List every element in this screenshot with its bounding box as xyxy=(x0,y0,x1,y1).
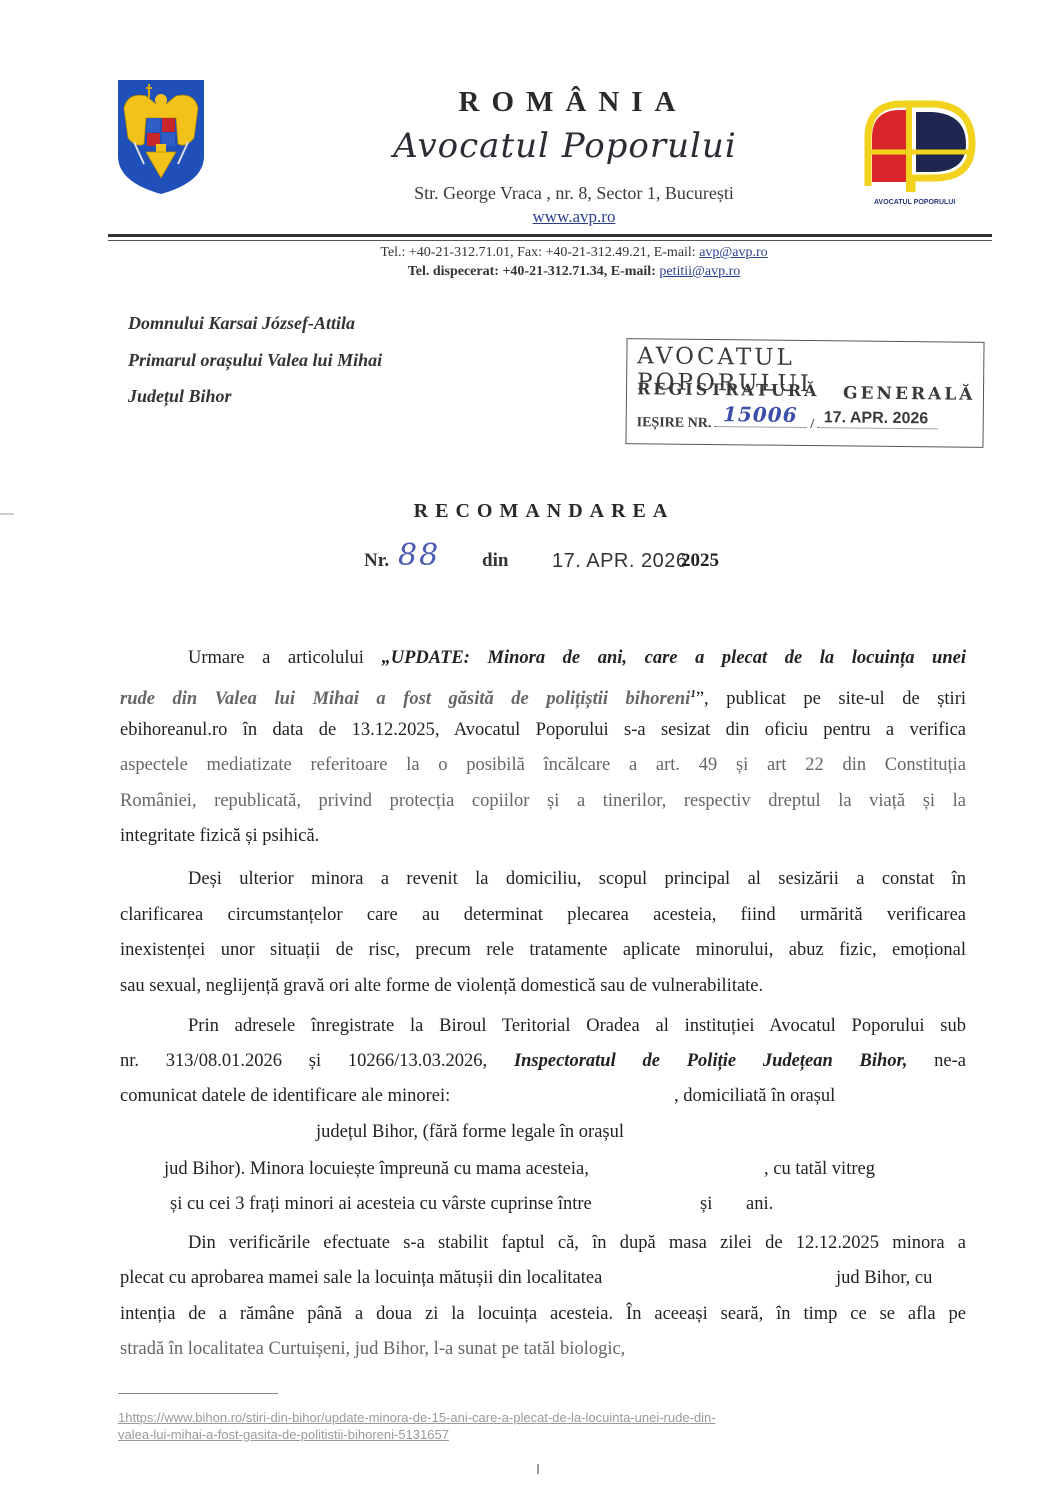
contact-phone-fax: Tel.: +40-21-312.71.01, Fax: +40-21-312.… xyxy=(380,245,699,260)
printed-year: 2025 xyxy=(681,550,719,572)
p3-line-4: județul Bihor, (fără forme legale în ora… xyxy=(316,1120,624,1144)
contact-line-1: Tel.: +40-21-312.71.01, Fax: +40-21-312.… xyxy=(0,245,1058,261)
handwritten-number: 88 xyxy=(398,538,440,573)
number-label: Nr. xyxy=(364,550,389,572)
footnote-separator xyxy=(118,1393,278,1394)
din-label: din xyxy=(482,550,508,572)
stamp-general: GENERALĂ xyxy=(843,383,976,404)
article-title-part-2: rude din Valea lui Mihai a fost găsită d… xyxy=(120,689,690,709)
email-link-avp[interactable]: avp@avp.ro xyxy=(699,245,767,260)
website-link[interactable]: www.avp.ro xyxy=(0,207,1058,227)
header-rule-thin xyxy=(108,240,992,241)
p3-line-3a: comunicat datele de identificare ale min… xyxy=(120,1084,966,1108)
date-stamp: 17. APR. 2026 xyxy=(552,550,687,573)
p4-line-4: stradă în localitatea Curtuișeni, jud Bi… xyxy=(120,1337,966,1361)
p1-line-6: integritate fizică și psihică. xyxy=(120,824,966,848)
p3-text: ne-a xyxy=(907,1051,966,1071)
p3-line-3b: , domiciliată în orașul xyxy=(674,1084,835,1108)
stamp-separator: / xyxy=(810,417,814,432)
footnote-url-line-2[interactable]: valea-lui-mihai-a-fost-gasita-de-politis… xyxy=(118,1427,449,1442)
stamp-date: 17. APR. 2026 xyxy=(824,409,929,428)
p2-line-2: clarificarea circumstanțelor care au det… xyxy=(120,903,966,927)
contact-line-2: Tel. dispecerat: +40-21-312.71.34, E-mai… xyxy=(0,264,1058,280)
stamp-handwritten-number: 15006 xyxy=(723,402,798,427)
p2-line-4: sau sexual, neglijență gravă ori alte fo… xyxy=(120,974,966,998)
p4-line-1: Din verificările efectuate s-a stabilit … xyxy=(188,1231,966,1255)
page-number-mark xyxy=(537,1464,539,1474)
addressee-county: Județul Bihor xyxy=(128,386,232,407)
p3-line-2: nr. 313/08.01.2026 și 10266/13.03.2026, … xyxy=(120,1049,966,1073)
stamp-line-2: REGISTRATURĂ GENERALĂ xyxy=(637,379,820,400)
p1-line-4: aspectele mediatizate referitoare la o p… xyxy=(120,753,966,777)
logo-caption: AVOCATUL POPORULUI xyxy=(874,199,955,206)
header-rule-thick xyxy=(108,234,992,237)
p3-line-5b: , cu tatăl vitreg xyxy=(764,1157,875,1181)
email-label: E-mail xyxy=(611,264,651,279)
p3-line-1: Prin adresele înregistrate la Biroul Ter… xyxy=(188,1014,966,1038)
article-title-part-1: „UPDATE: Minora de ani, care a plecat de… xyxy=(382,648,966,668)
p2-line-1: Deși ulterior minora a revenit la domici… xyxy=(188,867,966,891)
addressee-name: Domnului Karsai József-Attila xyxy=(128,313,355,334)
stamp-date-field: 17. APR. 2026 xyxy=(818,413,938,429)
police-inspectorate: Inspectoratul de Poliție Județean Bihor, xyxy=(514,1051,907,1071)
p3-line-6a: și cu cei 3 frați minori ai acesteia cu … xyxy=(170,1192,592,1216)
margin-scan-mark xyxy=(0,513,14,515)
email-link-petitii[interactable]: petitii@avp.ro xyxy=(659,264,740,279)
stamp-registry: REGISTRATURĂ xyxy=(637,379,820,400)
p3-line-6c: ani. xyxy=(746,1192,773,1216)
p1-line-2: rude din Valea lui Mihai a fost găsită d… xyxy=(120,682,966,711)
p1-text: ”, publicat pe site-ul de știri xyxy=(696,689,966,709)
p4-line-3: intenția de a rămâne până a doua zi la l… xyxy=(120,1302,966,1326)
dispatch-label: Tel. dispecerat xyxy=(408,264,495,279)
dispatch-phone: : +40-21-312.71.34, xyxy=(494,264,610,279)
p3-text: nr. 313/08.01.2026 și 10266/13.03.2026, xyxy=(120,1051,514,1071)
stamp-line-3: IEȘIRE NR. 15006 / 17. APR. 2026 xyxy=(637,411,938,434)
stamp-institution-a: AVOCATUL xyxy=(637,343,795,371)
p1-line-3: ebihoreanul.ro în data de 13.12.2025, Av… xyxy=(120,718,966,742)
stamp-number-field: 15006 xyxy=(715,412,807,428)
p1-line-1: Urmare a articolului „UPDATE: Minora de … xyxy=(188,646,966,670)
p3-line-5a: jud Bihor). Minora locuiește împreună cu… xyxy=(164,1157,589,1181)
registry-stamp: AVOCATULPOPORULUI REGISTRATURĂ GENERALĂ … xyxy=(625,338,984,448)
document-title: RECOMANDAREA xyxy=(0,500,1058,523)
p1-text: Urmare a articolului xyxy=(188,648,382,668)
footnote-url-line-1[interactable]: 1https://www.bihon.ro/stiri-din-bihor/up… xyxy=(118,1410,944,1425)
p2-line-3: inexistenței unor situații de risc, prec… xyxy=(120,938,966,962)
addressee-title: Primarul orașului Valea lui Mihai xyxy=(128,350,382,371)
stamp-exit-label: IEȘIRE NR. xyxy=(637,415,712,431)
avocatul-poporului-logo-icon: AVOCATUL POPORULUI xyxy=(862,100,980,208)
p4-line-2b: jud Bihor, cu xyxy=(836,1266,932,1290)
p1-line-5: României, republicată, privind protecția… xyxy=(120,789,966,813)
p3-line-6b: și xyxy=(700,1192,712,1216)
